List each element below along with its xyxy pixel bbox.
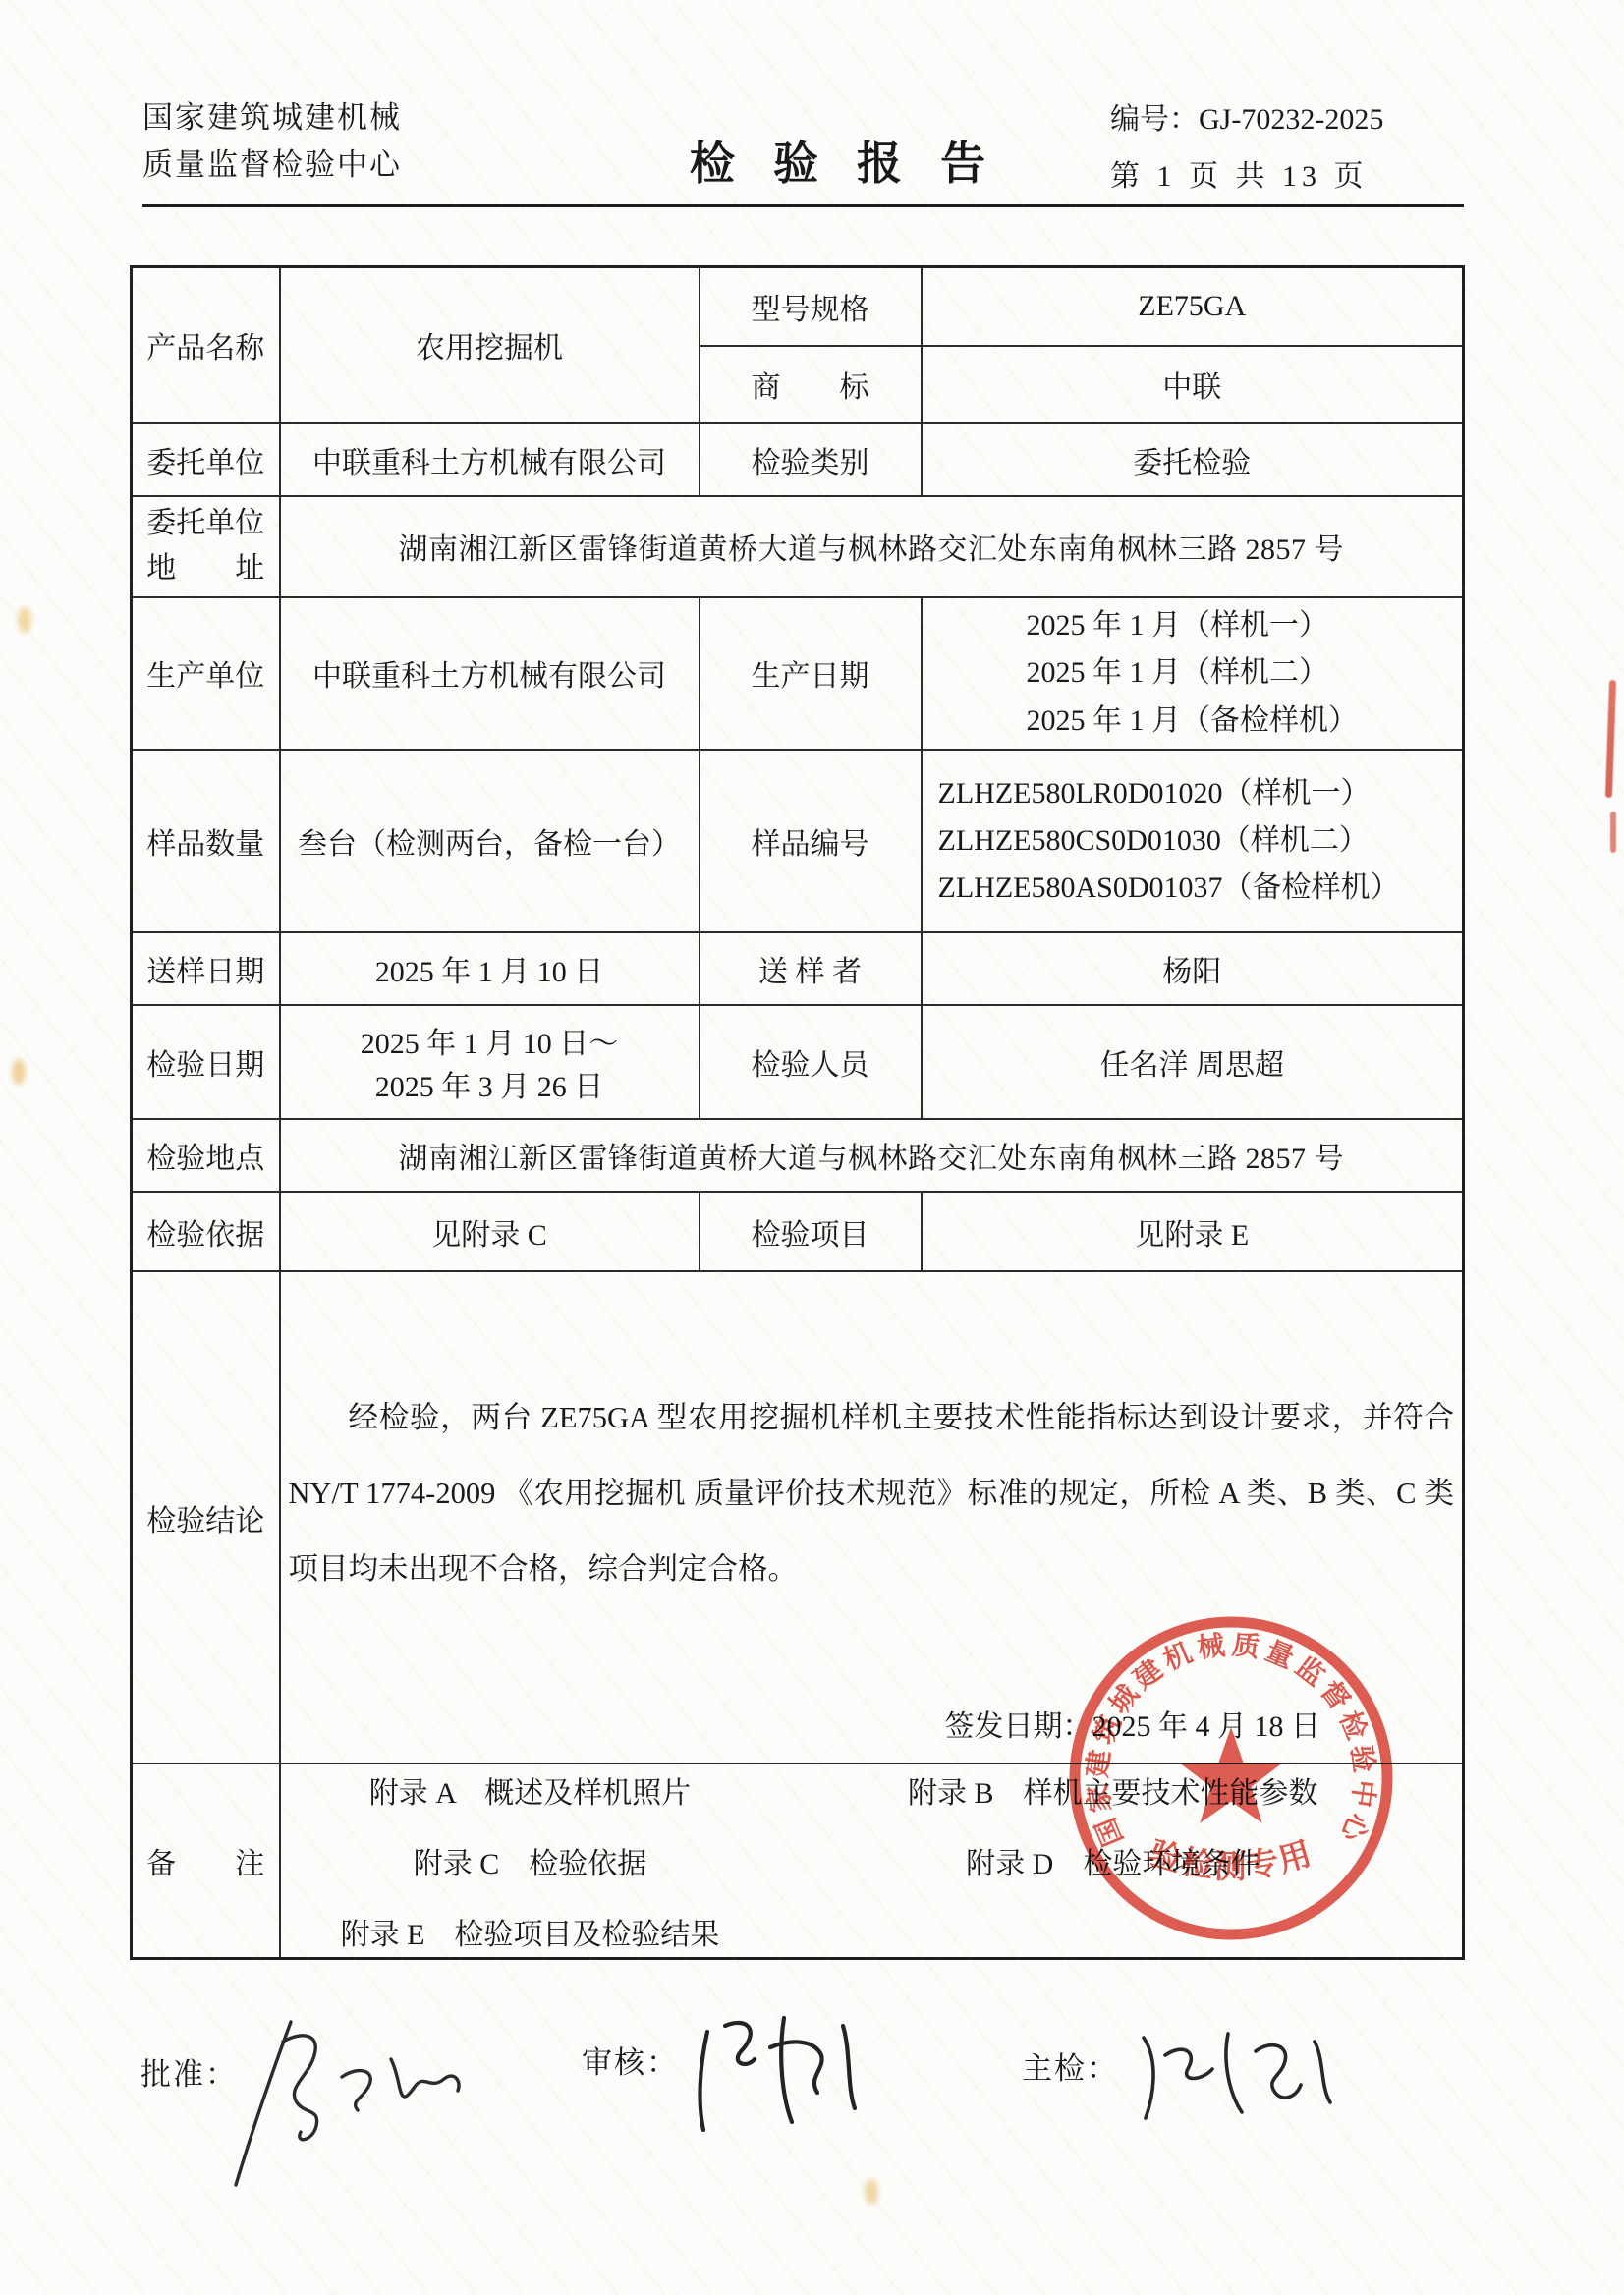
scan-fleck [18, 607, 31, 633]
table-row: 检验依据 见附录 C 检验项目 见附录 E [132, 1192, 1464, 1271]
table-row: 样品数量 叁台（检测两台，备检一台） 样品编号 ZLHZE580LR0D0102… [132, 750, 1464, 932]
product-name-label: 产品名称 [132, 267, 280, 423]
model-spec-label: 型号规格 [700, 267, 922, 346]
table-row: 送样日期 2025 年 1 月 10 日 送 样 者 杨阳 [132, 932, 1464, 1005]
sample-number-label: 样品编号 [700, 750, 922, 932]
list-item: 附录 A 概述及样机照片 [289, 1768, 772, 1812]
page-number: 第 1 页 共 13 页 [1110, 151, 1464, 195]
list-item: 附录 E 检验项目及检验结果 [289, 1910, 772, 1953]
review-label: 审核： [582, 2038, 679, 2082]
approve-signature [226, 2016, 481, 2203]
remarks-label: 备 注 [132, 1763, 280, 1959]
location-value: 湖南湘江新区雷锋街道黄桥大道与枫林路交汇处东南角枫林三路 2857 号 [280, 1119, 1464, 1192]
trademark-value: 中联 [922, 346, 1464, 423]
manufacturer-label: 生产单位 [132, 597, 280, 751]
scan-fleck [12, 1059, 26, 1085]
approve-label: 批准： [140, 2049, 238, 2094]
basis-label: 检验依据 [132, 1192, 280, 1271]
list-item: 附录 B 样机主要技术性能参数 [772, 1768, 1455, 1812]
production-date-value: 2025 年 1 月（样机一） 2025 年 1 月（样机二） 2025 年 1… [922, 597, 1464, 751]
page-title: 检验报告 [651, 128, 1025, 193]
sample-quantity-value: 叁台（检测两台，备检一台） [280, 750, 700, 932]
inspectors-label: 检验人员 [700, 1005, 922, 1119]
items-value: 见附录 E [922, 1192, 1464, 1271]
client-address-label: 委托单位 地 址 [132, 496, 280, 597]
location-label: 检验地点 [132, 1119, 280, 1192]
production-date-line: 2025 年 1 月（样机一） [1027, 602, 1359, 650]
delivery-date-value: 2025 年 1 月 10 日 [280, 932, 700, 1005]
delivery-date-label: 送样日期 [132, 932, 280, 1005]
issuing-organization: 国家建筑城建机械 质量监督检验中心 [142, 94, 565, 189]
table-row: 生产单位 中联重科土方机械有限公司 生产日期 2025 年 1 月（样机一） 2… [132, 597, 1464, 751]
production-date-label: 生产日期 [700, 597, 922, 751]
remarks-cell: 附录 A 概述及样机照片 附录 B 样机主要技术性能参数 附录 C 检验依据 附… [280, 1763, 1464, 1959]
trademark-label: 商 标 [700, 346, 922, 423]
sign-date: 签发日期：2025 年 4 月 18 日 [812, 1702, 1455, 1745]
inspection-report-page: 国家建筑城建机械 质量监督检验中心 检验报告 编号：GJ-70232-2025 … [0, 0, 1624, 2295]
remarks-list: 附录 A 概述及样机照片 附录 B 样机主要技术性能参数 附录 C 检验依据 附… [289, 1768, 1455, 1953]
list-item: 附录 C 检验依据 [289, 1839, 772, 1882]
scan-red-edge-mark [1605, 680, 1616, 798]
table-row: 委托单位 中联重科土方机械有限公司 检验类别 委托检验 [132, 423, 1464, 496]
org-name-line2: 质量监督检验中心 [142, 141, 565, 189]
table-row: 检验地点 湖南湘江新区雷锋街道黄桥大道与枫林路交汇处东南角枫林三路 2857 号 [132, 1119, 1464, 1192]
report-header: 国家建筑城建机械 质量监督检验中心 检验报告 编号：GJ-70232-2025 … [0, 0, 1624, 195]
table-row: 检验结论 经检验，两台 ZE75GA 型农用挖掘机样机主要技术性能指标达到设计要… [132, 1271, 1464, 1763]
org-name-line1: 国家建筑城建机械 [142, 94, 565, 141]
sample-quantity-label: 样品数量 [132, 750, 280, 932]
client-address-value: 湖南湘江新区雷锋街道黄桥大道与枫林路交汇处东南角枫林三路 2857 号 [280, 496, 1464, 597]
table-row: 委托单位 地 址 湖南湘江新区雷锋街道黄桥大道与枫林路交汇处东南角枫林三路 28… [132, 496, 1464, 597]
inspection-type-label: 检验类别 [700, 423, 922, 496]
title-wrap: 检验报告 [565, 94, 1110, 193]
sender-value: 杨阳 [922, 932, 1464, 1005]
table-row: 备 注 附录 A 概述及样机照片 附录 B 样机主要技术性能参数 附录 C 检验… [132, 1763, 1464, 1959]
sender-label: 送 样 者 [700, 932, 922, 1005]
scan-red-edge-mark [1610, 812, 1616, 853]
chief-signature [1126, 2012, 1362, 2140]
scan-fleck [865, 2179, 878, 2205]
client-value: 中联重科土方机械有限公司 [280, 423, 700, 496]
report-meta: 编号：GJ-70232-2025 第 1 页 共 13 页 [1110, 94, 1464, 195]
chief-label: 主检： [1022, 2043, 1119, 2088]
header-divider [142, 204, 1464, 207]
review-signature [686, 2004, 892, 2152]
inspection-date-line: 2025 年 3 月 26 日 [289, 1062, 691, 1105]
sample-number-line: ZLHZE580LR0D01020（样机一） [938, 770, 1455, 817]
sample-number-line: ZLHZE580CS0D01030（样机二） [938, 817, 1455, 865]
sample-number-value: ZLHZE580LR0D01020（样机一） ZLHZE580CS0D01030… [922, 750, 1464, 932]
report-number: 编号：GJ-70232-2025 [1110, 94, 1464, 138]
conclusion-text: 经检验，两台 ZE75GA 型农用挖掘机样机主要技术性能指标达到设计要求，并符合… [289, 1380, 1455, 1607]
client-address-label-line1: 委托单位 [140, 501, 271, 547]
manufacturer-value: 中联重科土方机械有限公司 [280, 597, 700, 751]
table-row: 产品名称 农用挖掘机 型号规格 ZE75GA [132, 267, 1464, 346]
table-row: 检验日期 2025 年 1 月 10 日～ 2025 年 3 月 26 日 检验… [132, 1005, 1464, 1119]
inspection-date-label: 检验日期 [132, 1005, 280, 1119]
client-address-label-line2: 地 址 [140, 546, 271, 592]
sample-number-line: ZLHZE580AS0D01037（备检样机） [938, 865, 1455, 912]
client-label: 委托单位 [132, 423, 280, 496]
inspectors-value: 任名洋 周思超 [922, 1005, 1464, 1119]
list-item: 附录 D 检验环境条件 [772, 1839, 1455, 1882]
model-spec-value: ZE75GA [922, 267, 1464, 346]
conclusion-cell: 经检验，两台 ZE75GA 型农用挖掘机样机主要技术性能指标达到设计要求，并符合… [280, 1271, 1464, 1763]
conclusion-label: 检验结论 [132, 1271, 280, 1763]
report-table: 产品名称 农用挖掘机 型号规格 ZE75GA 商 标 中联 委托单位 中联重科土… [130, 265, 1465, 1960]
inspection-type-value: 委托检验 [922, 423, 1464, 496]
inspection-date-line: 2025 年 1 月 10 日～ [289, 1019, 691, 1062]
production-date-line: 2025 年 1 月（备检样机） [1027, 698, 1359, 746]
list-item [772, 1910, 1455, 1953]
basis-value: 见附录 C [280, 1192, 700, 1271]
inspection-date-value: 2025 年 1 月 10 日～ 2025 年 3 月 26 日 [280, 1005, 700, 1119]
product-name-value: 农用挖掘机 [280, 267, 700, 423]
items-label: 检验项目 [700, 1192, 922, 1271]
production-date-line: 2025 年 1 月（样机二） [1027, 649, 1359, 698]
